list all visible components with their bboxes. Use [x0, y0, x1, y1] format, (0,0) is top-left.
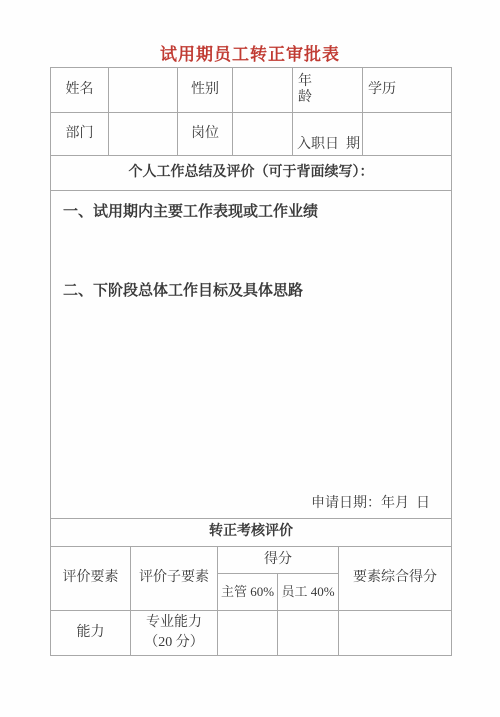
apply-date-line: 申请日期：年月 日 [311, 496, 430, 513]
name-value-field[interactable] [108, 67, 178, 113]
column-header-employee-weight: 员工 40% [277, 573, 339, 611]
gender-label: 性别 [177, 67, 233, 113]
summary-section-header: 个人工作总结及评价（可于背面续写）： [50, 155, 452, 191]
summary-writein-area[interactable]: 一、试用期内主要工作表现或工作业绩 二、下阶段总体工作目标及具体思路 申请日期：… [50, 190, 452, 519]
summary-item-2: 二、下阶段总体工作目标及具体思路 [63, 282, 303, 300]
assessment-section-header: 转正考核评价 [50, 518, 452, 547]
gender-value-field[interactable] [232, 67, 293, 113]
position-value-field[interactable] [232, 112, 293, 156]
hire-date-value-field[interactable] [362, 112, 452, 156]
supervisor-score-field[interactable] [217, 610, 278, 656]
form-page: 试用期员工转正审批表 姓名 性别 年 龄 学历 部门 岗位 入职日 期 个人工作… [0, 0, 500, 717]
employee-score-field[interactable] [277, 610, 339, 656]
column-header-factor: 评价要素 [50, 546, 131, 611]
column-header-supervisor-weight: 主管 60% [217, 573, 278, 611]
department-label: 部门 [50, 112, 109, 156]
name-label: 姓名 [50, 67, 109, 113]
column-header-composite: 要素综合得分 [338, 546, 452, 611]
hire-date-label: 入职日 期 [292, 112, 363, 156]
position-label: 岗位 [177, 112, 233, 156]
education-label: 学历 [362, 67, 452, 113]
composite-score-field[interactable] [338, 610, 452, 656]
column-header-score: 得分 [217, 546, 339, 574]
summary-item-1: 一、试用期内主要工作表现或工作业绩 [63, 203, 318, 221]
form-title: 试用期员工转正审批表 [0, 40, 500, 65]
factor-cell-ability: 能力 [50, 610, 131, 656]
department-value-field[interactable] [108, 112, 178, 156]
subfactor-cell-professional-ability: 专业能力 （20 分） [130, 610, 218, 656]
column-header-subfactor: 评价子要素 [130, 546, 218, 611]
age-label: 年 龄 [292, 67, 363, 113]
